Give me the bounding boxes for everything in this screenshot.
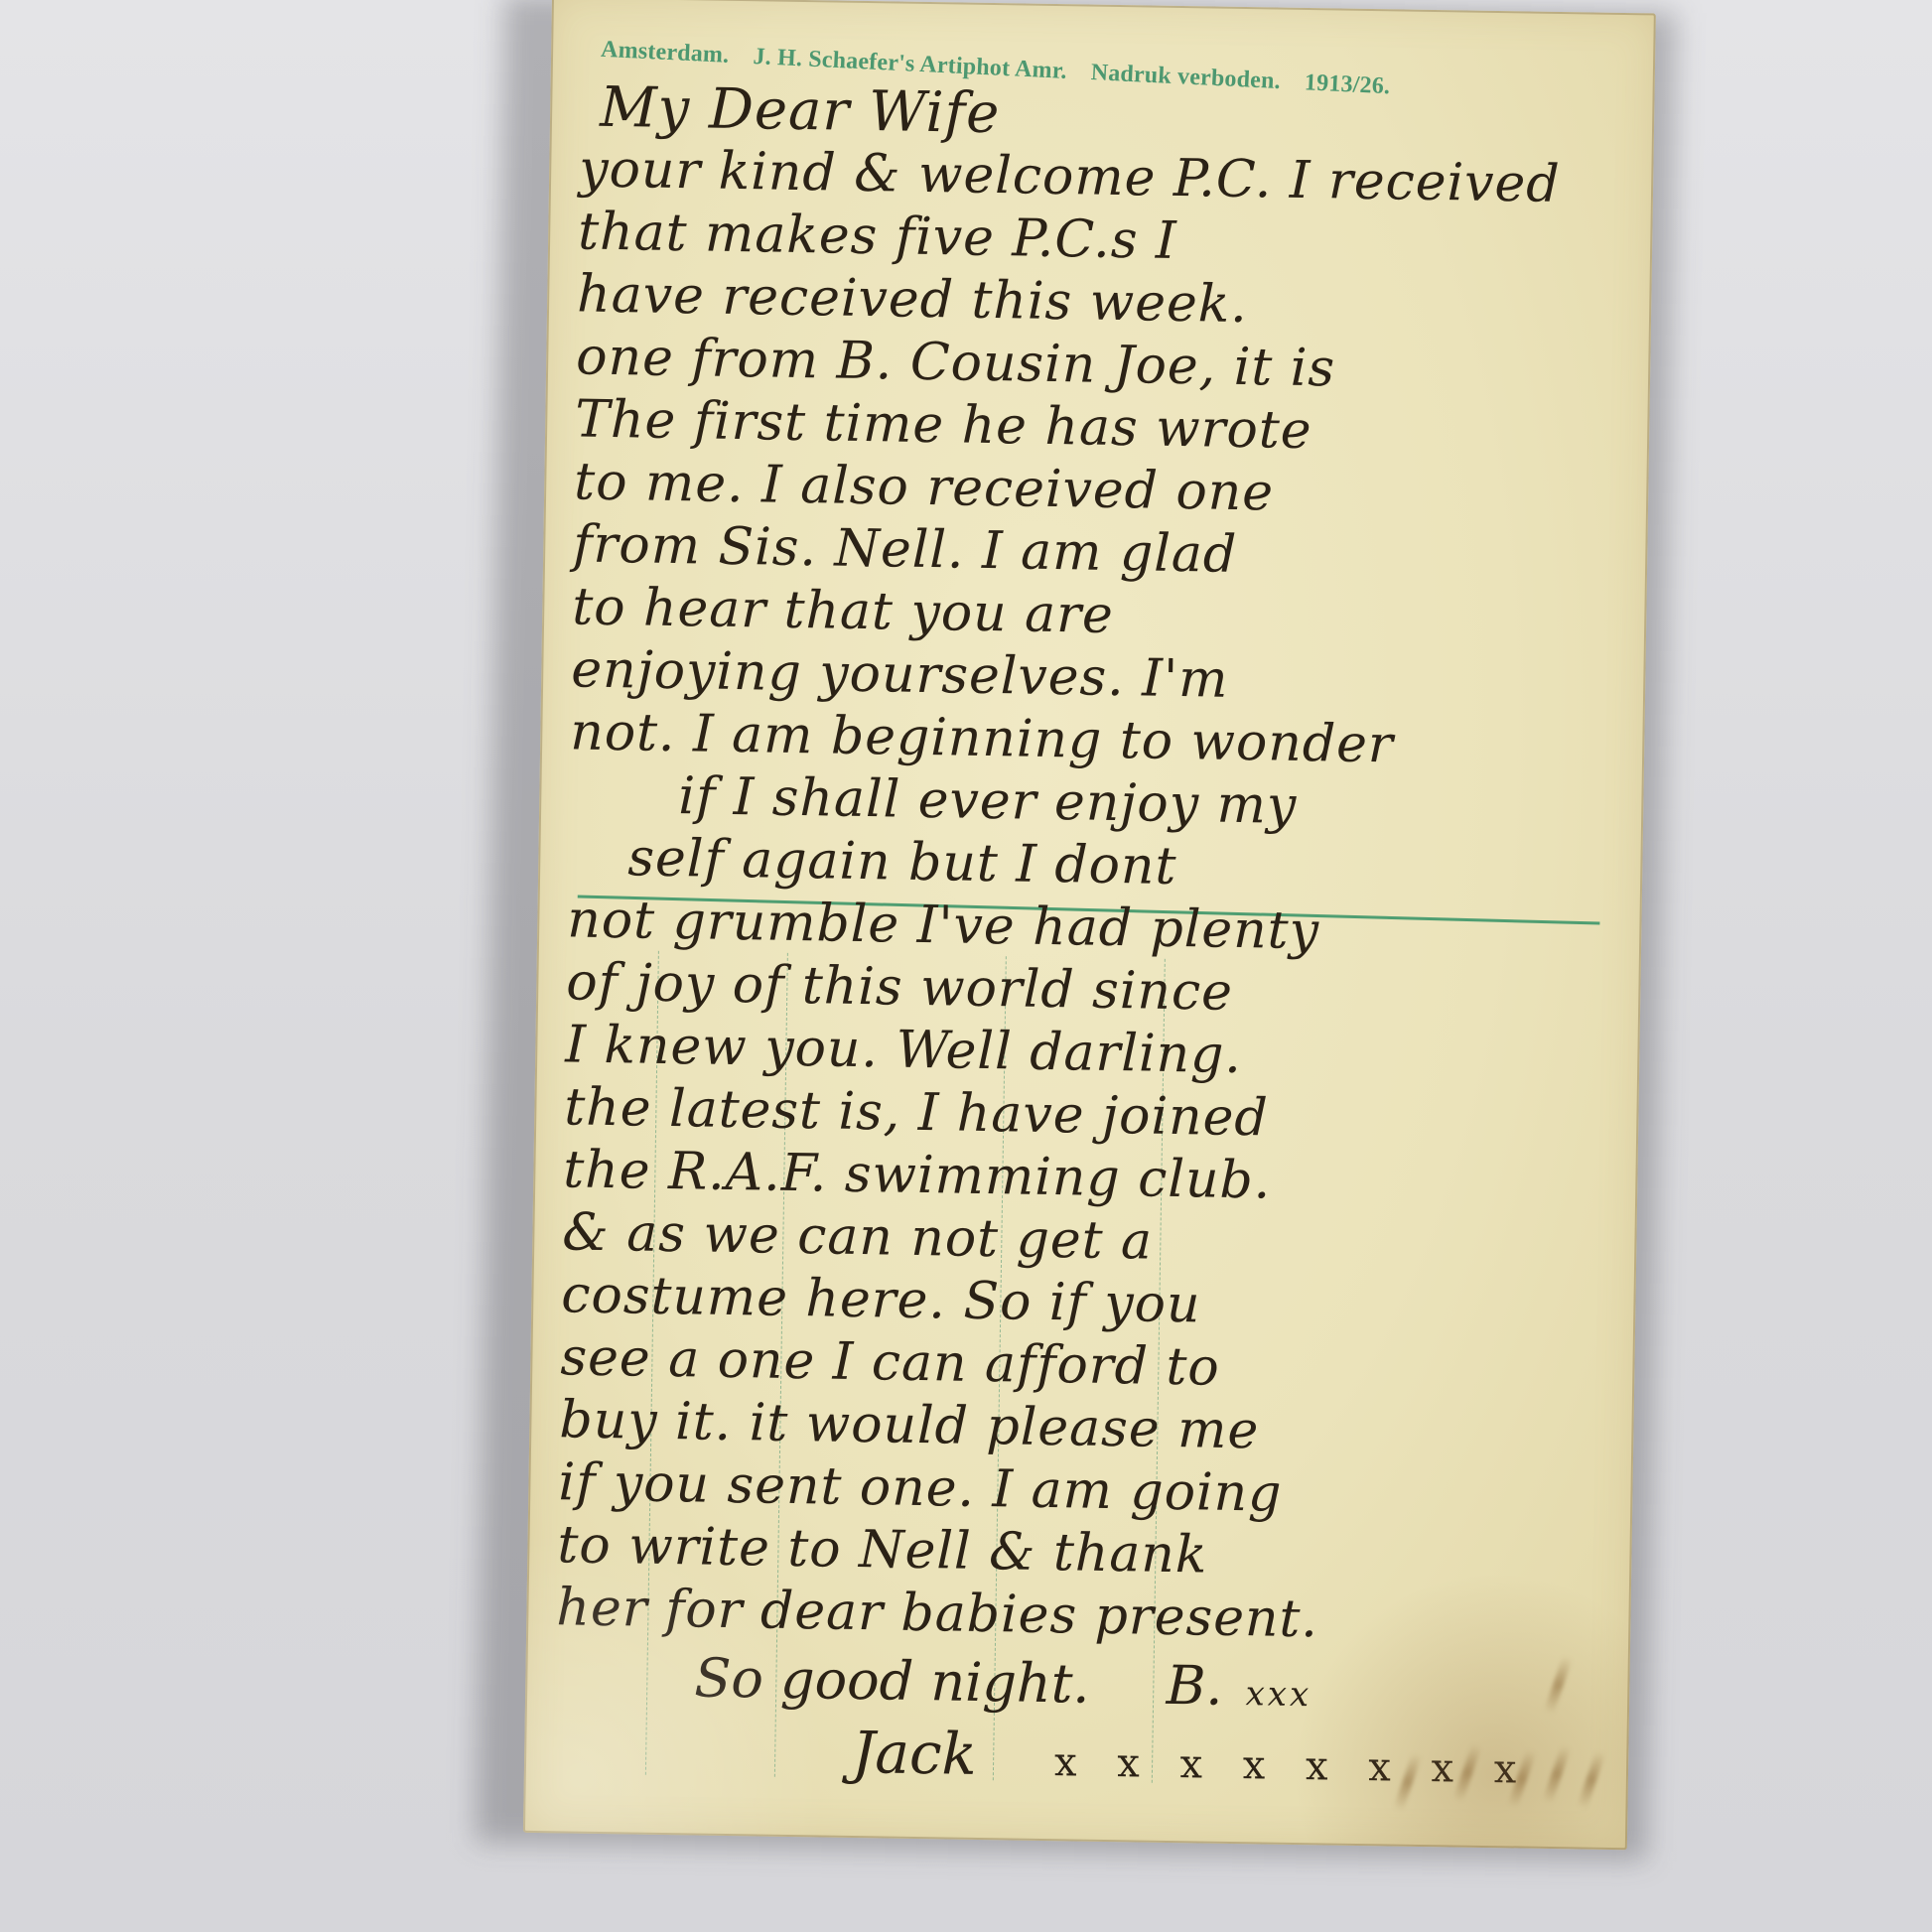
- ink-stain: [1544, 1655, 1573, 1715]
- letter-signoff: So good night. B. xxx: [694, 1646, 1312, 1719]
- postcard: Amsterdam. J. H. Schaefer's Artiphot Amr…: [523, 0, 1656, 1850]
- signoff-text: So good night.: [694, 1646, 1090, 1715]
- letter-signature: Jack x x x x x x x x: [852, 1719, 1531, 1797]
- signoff-kisses: xxx: [1245, 1674, 1311, 1715]
- handwritten-letter: My Dear Wife your kind & welcome P.C. I …: [556, 75, 1633, 1655]
- ink-stain: [1543, 1744, 1572, 1804]
- signature-name: Jack: [852, 1719, 978, 1788]
- photo-scene: Amsterdam. J. H. Schaefer's Artiphot Amr…: [0, 0, 1932, 1932]
- signoff-initial: B.: [1166, 1654, 1223, 1718]
- header-city: Amsterdam.: [601, 37, 730, 69]
- ink-stain: [1577, 1750, 1605, 1810]
